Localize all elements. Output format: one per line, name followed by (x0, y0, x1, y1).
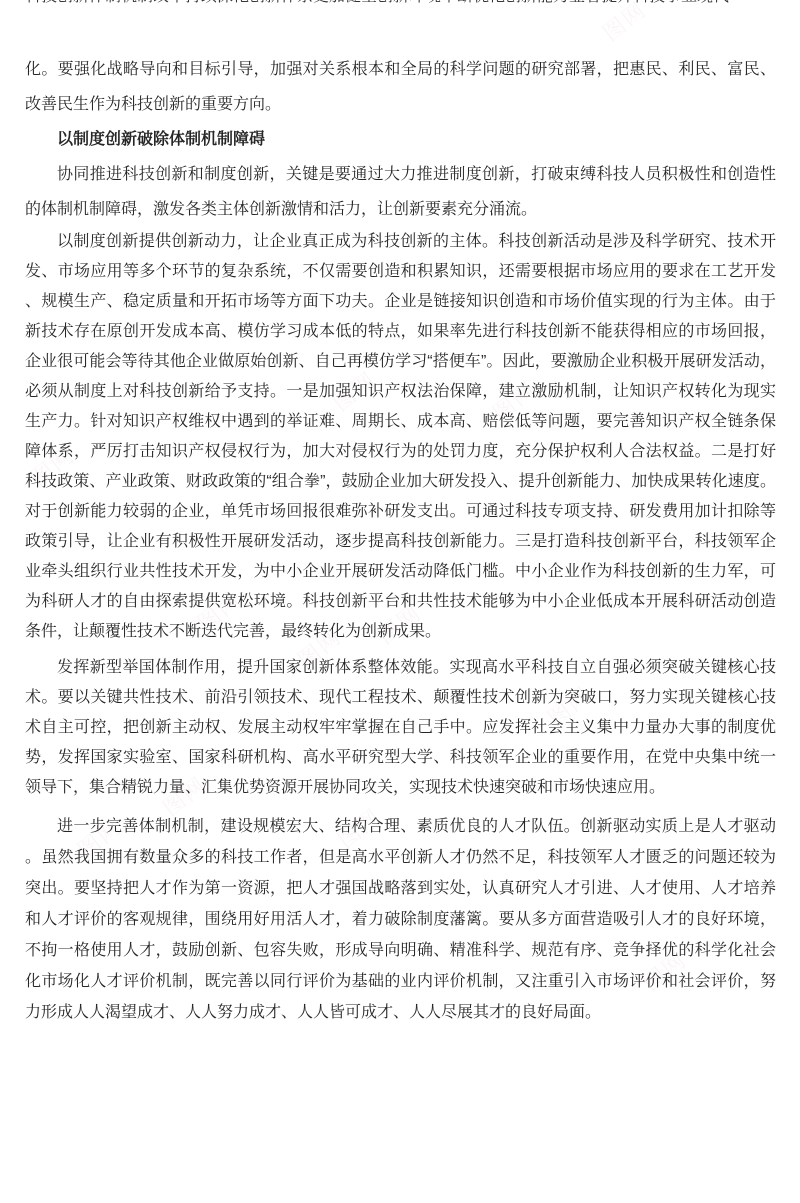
paragraph-talent-mechanism: 进一步完善体制机制，建设规模宏大、结构合理、素质优良的人才队伍。创新驱动实质上是… (25, 811, 776, 1028)
paragraph-national-system: 发挥新型举国体制作用，提升国家创新体系整体效能。实现高水平科技自立自强必须突破关… (25, 653, 776, 803)
paragraph-continuation: 化。要强化战略导向和目标引导，加强对关系根本和全局的科学问题的研究部署，把惠民、… (25, 52, 776, 122)
article-body: 化。要强化战略导向和目标引导，加强对关系根本和全局的科学问题的研究部署，把惠民、… (0, 0, 800, 1028)
paragraph-coordinate-innovation: 协同推进科技创新和制度创新，关键是要通过大力推进制度创新，打破束缚科技人员积极性… (25, 157, 776, 227)
document-page: 图网 图网 图网 图网 图网 图网 图网 图网 图网 图网 图网 图网 科技创新… (0, 0, 800, 1203)
paragraph-enterprise-innovation: 以制度创新提供创新动力，让企业真正成为科技创新的主体。科技创新活动是涉及科学研究… (25, 227, 776, 647)
section-heading: 以制度创新破除体制机制障碍 (25, 122, 776, 157)
